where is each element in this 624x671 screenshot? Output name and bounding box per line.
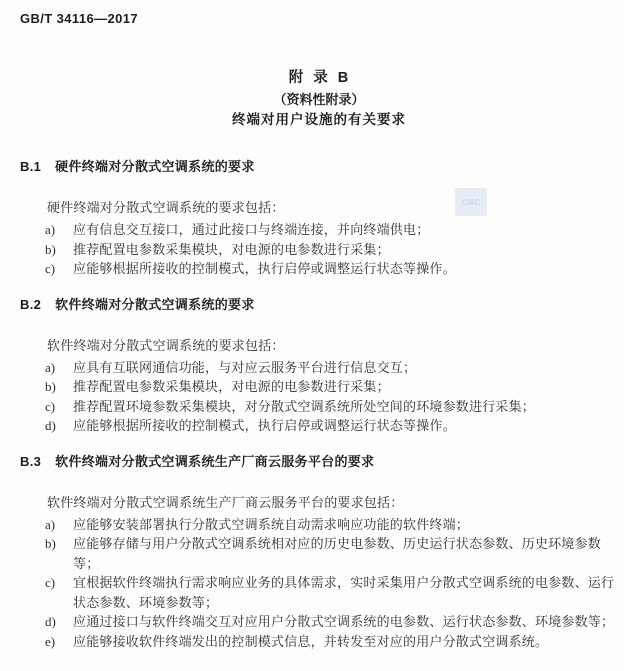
item-text: 推荐配置环境参数采集模块，对分散式空调系统所处空间的环境参数进行采集； <box>73 397 618 417</box>
section-intro: 软件终端对分散式空调系统的要求包括： <box>20 336 618 356</box>
item-label: d) <box>45 612 73 632</box>
item-text: 推荐配置电参数采集模块，对电源的电参数进行采集； <box>73 240 618 260</box>
appendix-title-block: 附 录 B （资料性附录） 终端对用户设施的有关要求 <box>20 68 618 130</box>
section-heading: B.1 硬件终端对分散式空调系统的要求 <box>20 158 618 176</box>
list-item: a) 应具有互联网通信功能，与对应云服务平台进行信息交互； <box>20 358 618 378</box>
watermark-stamp: CNC <box>455 188 487 216</box>
appendix-title: 附 录 B <box>20 68 618 89</box>
list-item: b) 推荐配置电参数采集模块，对电源的电参数进行采集； <box>20 377 618 397</box>
requirement-list: a) 应有信息交互接口，通过此接口与终端连接，并向终端供电； b) 推荐配置电参… <box>20 220 618 279</box>
list-item: d) 应通过接口与软件终端交互对应用户分散式空调系统的电参数、运行状态参数、环境… <box>20 612 618 632</box>
item-label: b) <box>45 240 73 260</box>
section-heading: B.3 软件终端对分散式空调系统生产厂商云服务平台的要求 <box>20 453 618 471</box>
standard-number: GB/T 34116—2017 <box>20 10 618 27</box>
item-label: b) <box>45 534 73 573</box>
item-label: c) <box>45 573 73 612</box>
item-text: 应能够根据所接收的控制模式，执行启停或调整运行状态等操作。 <box>73 259 618 279</box>
item-label: d) <box>45 416 73 436</box>
list-item: c) 宜根据软件终端执行需求响应业务的具体需求，实时采集用户分散式空调系统的电参… <box>20 573 618 612</box>
section-b3: B.3 软件终端对分散式空调系统生产厂商云服务平台的要求 软件终端对分散式空调系… <box>20 453 618 652</box>
requirement-list: a) 应具有互联网通信功能，与对应云服务平台进行信息交互； b) 推荐配置电参数… <box>20 358 618 436</box>
item-label: a) <box>45 220 73 240</box>
item-text: 应通过接口与软件终端交互对应用户分散式空调系统的电参数、运行状态参数、环境参数等… <box>73 612 618 632</box>
item-label: a) <box>45 515 73 535</box>
item-text: 应能够根据所接收的控制模式，执行启停或调整运行状态等操作。 <box>73 416 618 436</box>
item-text: 应有信息交互接口，通过此接口与终端连接，并向终端供电； <box>73 220 618 240</box>
section-number: B.1 <box>20 158 41 176</box>
item-label: a) <box>45 358 73 378</box>
list-item: a) 应有信息交互接口，通过此接口与终端连接，并向终端供电； <box>20 220 618 240</box>
section-number: B.3 <box>20 453 41 471</box>
appendix-subtitle: （资料性附录） <box>20 89 618 110</box>
list-item: e) 应能够接收软件终端发出的控制模式信息，并转发至对应的用户分散式空调系统。 <box>20 632 618 652</box>
section-intro: 软件终端对分散式空调系统生产厂商云服务平台的要求包括： <box>20 493 618 513</box>
section-b2: B.2 软件终端对分散式空调系统的要求 软件终端对分散式空调系统的要求包括： a… <box>20 296 618 436</box>
section-number: B.2 <box>20 296 41 314</box>
section-title: 软件终端对分散式空调系统生产厂商云服务平台的要求 <box>55 453 374 471</box>
list-item: b) 推荐配置电参数采集模块，对电源的电参数进行采集； <box>20 240 618 260</box>
document-page: GB/T 34116—2017 CNC 附 录 B （资料性附录） 终端对用户设… <box>0 0 624 671</box>
item-text: 应能够接收软件终端发出的控制模式信息，并转发至对应的用户分散式空调系统。 <box>73 632 618 652</box>
item-text: 推荐配置电参数采集模块，对电源的电参数进行采集； <box>73 377 618 397</box>
requirement-list: a) 应能够安装部署执行分散式空调系统自动需求响应功能的软件终端； b) 应能够… <box>20 515 618 652</box>
section-b1: B.1 硬件终端对分散式空调系统的要求 硬件终端对分散式空调系统的要求包括： a… <box>20 158 618 279</box>
list-item: a) 应能够安装部署执行分散式空调系统自动需求响应功能的软件终端； <box>20 515 618 535</box>
section-intro: 硬件终端对分散式空调系统的要求包括： <box>20 198 618 218</box>
item-text: 宜根据软件终端执行需求响应业务的具体需求，实时采集用户分散式空调系统的电参数、运… <box>73 573 618 612</box>
item-label: b) <box>45 377 73 397</box>
item-text: 应具有互联网通信功能，与对应云服务平台进行信息交互； <box>73 358 618 378</box>
section-title: 软件终端对分散式空调系统的要求 <box>55 296 255 314</box>
list-item: c) 推荐配置环境参数采集模块，对分散式空调系统所处空间的环境参数进行采集； <box>20 397 618 417</box>
item-text: 应能够安装部署执行分散式空调系统自动需求响应功能的软件终端； <box>73 515 618 535</box>
list-item: d) 应能够根据所接收的控制模式，执行启停或调整运行状态等操作。 <box>20 416 618 436</box>
item-text: 应能够存储与用户分散式空调系统相对应的历史电参数、历史运行状态参数、历史环境参数… <box>73 534 618 573</box>
list-item: b) 应能够存储与用户分散式空调系统相对应的历史电参数、历史运行状态参数、历史环… <box>20 534 618 573</box>
item-label: c) <box>45 259 73 279</box>
section-heading: B.2 软件终端对分散式空调系统的要求 <box>20 296 618 314</box>
item-label: e) <box>45 632 73 652</box>
list-item: c) 应能够根据所接收的控制模式，执行启停或调整运行状态等操作。 <box>20 259 618 279</box>
appendix-heading: 终端对用户设施的有关要求 <box>20 110 618 130</box>
item-label: c) <box>45 397 73 417</box>
section-title: 硬件终端对分散式空调系统的要求 <box>55 158 255 176</box>
